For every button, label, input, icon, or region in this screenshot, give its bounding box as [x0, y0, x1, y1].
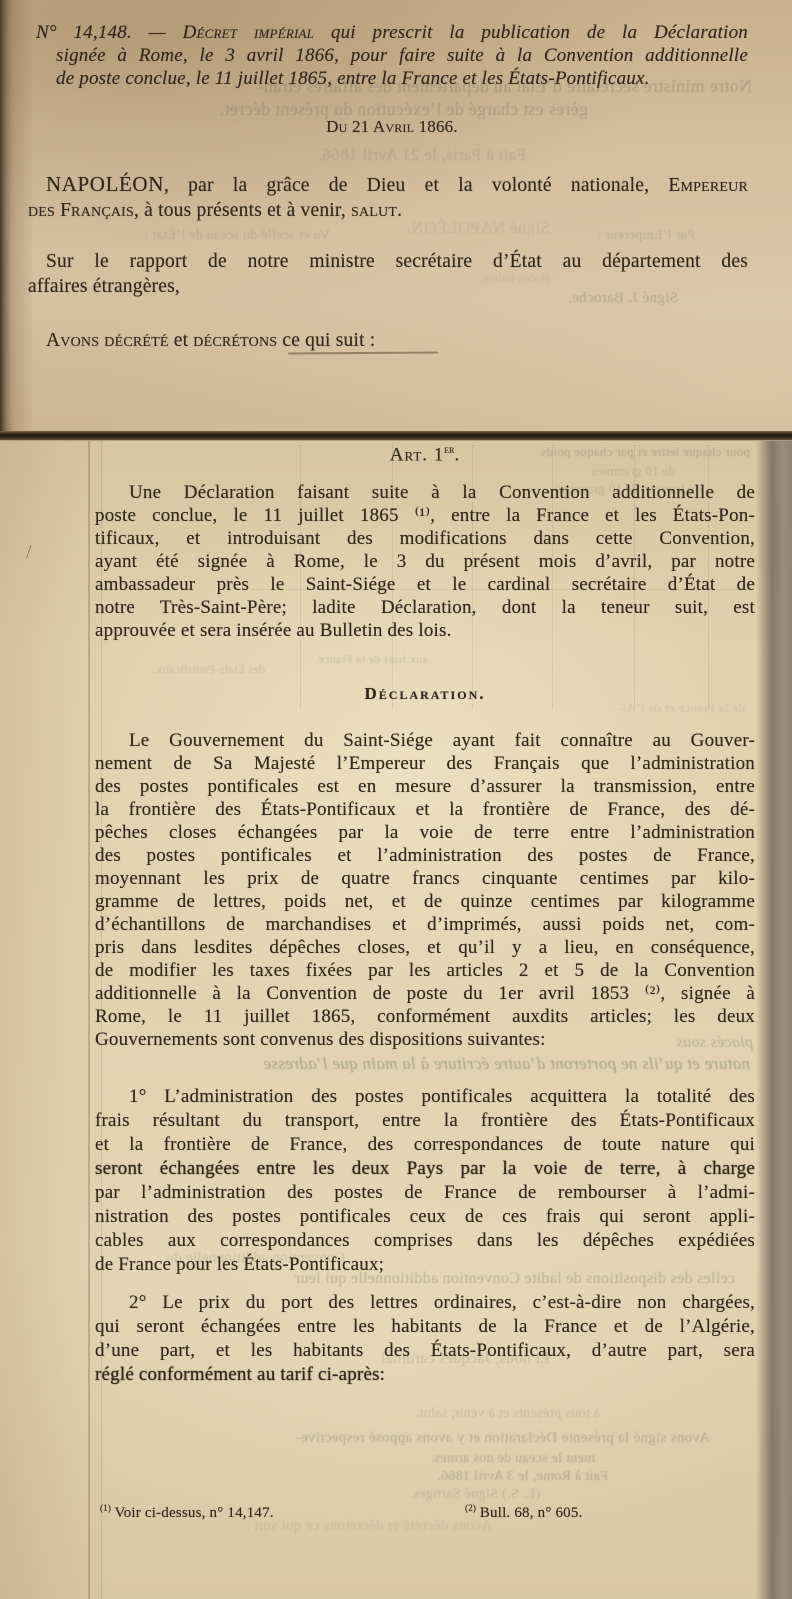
underline-mark	[288, 351, 438, 354]
declaration-heading: Déclaration.	[95, 684, 755, 704]
paragraph-line: additionnelle à la Convention de poste d…	[95, 982, 755, 1005]
paragraph-line: tificaux, et introduisant des modificati…	[95, 527, 755, 550]
formula-smallcaps: Avons décrété	[46, 330, 169, 351]
formula-text: ce qui suit :	[277, 330, 375, 351]
rapport-line: Sur le rapport de notre ministre secréta…	[28, 249, 748, 274]
bleedthrough-text: (L. S.) Signé Sartiges.	[300, 1487, 540, 1503]
paragraph-line: moyennant les prix de quatre francs cinq…	[95, 867, 755, 890]
clause-2: 2° Le prix du port des lettres ordinaire…	[95, 1291, 755, 1387]
clause-line: 2° Le prix du port des lettres ordinaire…	[95, 1291, 755, 1315]
paragraph-line: pris dans lesdites dépêches closes, et q…	[95, 936, 755, 959]
article-heading: Art. 1er.	[95, 443, 755, 466]
clause-line: 1° L’administration des postes pontifica…	[95, 1085, 755, 1109]
headnote: N° 14,148. — Décret impérial qui prescri…	[36, 21, 748, 90]
clause-line: nistration des postes pontificales ceux …	[95, 1205, 755, 1229]
bleedthrough-text: Avons signé la présente Déclaration et y…	[150, 1430, 710, 1447]
headnote-line: signée à Rome, le 3 avril 1866, pour fai…	[36, 44, 748, 67]
intitule-text: , par la grâce de Dieu et la volonté nat…	[164, 175, 668, 196]
paragraph-line: pêches closes échangées par la voie de t…	[95, 821, 755, 844]
footnote-text: Bull. 68, n° 605.	[476, 1505, 583, 1521]
clause-line: qui seront échangées entre les habitants…	[95, 1315, 755, 1339]
paragraph-line: des postes pontificales et l’administrat…	[95, 844, 755, 867]
paragraph-line: de modifier les taxes fixées par les art…	[95, 959, 755, 982]
rapport-paragraph: Sur le rapport de notre ministre secréta…	[28, 249, 748, 299]
intitule-text: , à tous présents et à venir,	[134, 200, 351, 221]
headnote-line1-rest: qui prescrit la publication de la Déclar…	[314, 22, 748, 43]
paragraph-line: Rome, le 11 juillet 1865, conformément a…	[95, 1005, 755, 1028]
clause-line: cables aux correspondances comprises dan…	[95, 1229, 755, 1253]
clause-line: et la frontière de France, des correspon…	[95, 1133, 755, 1157]
intitule-line: des Français, à tous présents et à venir…	[28, 198, 748, 223]
footnote-1: (1) Voir ci-dessus, n° 14,147.	[100, 1504, 274, 1522]
paragraph-line: ambassadeur près le Saint-Siége et le ca…	[95, 573, 755, 596]
footnote-marker: (2)	[465, 1504, 476, 1514]
dash: —	[132, 22, 183, 43]
fold-crease-line	[88, 441, 90, 1599]
headnote-line: N° 14,148. — Décret impérial qui prescri…	[36, 21, 748, 44]
footnote-marker: (1)	[100, 1504, 111, 1514]
declaration-paragraph: Le Gouvernement du Saint-Siége ayant fai…	[95, 729, 755, 1051]
bleedthrough-text: Vu et scellé du sceau de l’État :	[60, 228, 330, 244]
paragraph-line: la frontière des États-Pontificaux et la…	[95, 798, 755, 821]
bleedthrough-text: aux frais de la France.	[248, 652, 428, 667]
decree-formula: Avons décrété et décrétons ce qui suit :	[46, 330, 746, 352]
bleedthrough-text: Fait à Rome, le 3 Avril 1866.	[358, 1469, 608, 1485]
paragraph-line: approuvée et sera insérée au Bulletin de…	[95, 619, 755, 642]
clause-line: d’une part, et les habitants des États-P…	[95, 1339, 755, 1363]
pen-mark: /	[26, 541, 32, 564]
clause-line: seront échangées entre les deux Pays par…	[95, 1157, 755, 1181]
footnote-2: (2) Bull. 68, n° 605.	[465, 1504, 583, 1522]
decree-number: N° 14,148.	[36, 22, 132, 43]
clause-line: réglé conformément au tarif ci-après:	[95, 1363, 755, 1387]
clause-line: par l’administration des postes de Franc…	[95, 1181, 755, 1205]
gutter-shadow	[756, 441, 792, 1599]
intitule-text: .	[397, 200, 402, 221]
bleedthrough-text: à tous présents et à venir, salut.	[160, 1406, 600, 1422]
footnote-text: Voir ci-dessus, n° 14,147.	[111, 1505, 274, 1521]
article-paragraph: Une Déclaration faisant suite à la Conve…	[95, 481, 755, 642]
salut-smallcaps: salut	[351, 200, 397, 221]
paragraph-line: Une Déclaration faisant suite à la Conve…	[95, 481, 755, 504]
intitule-line: NAPOLÉON, par la grâce de Dieu et la vol…	[28, 172, 748, 198]
paragraph-line: notre Très-Saint-Père; ladite Déclaratio…	[95, 596, 755, 619]
bleedthrough-text: Fait à Paris, le 21 Avril 1866.	[236, 145, 526, 165]
paragraph-line: des postes pontificales est en mesure d’…	[95, 775, 755, 798]
upper-scan-segment: Notre ministre secrétaire d’État au dépa…	[0, 0, 792, 433]
decree-title-smallcaps: Décret impérial	[183, 22, 315, 43]
paragraph-line: Gouvernements sont convenus des disposit…	[95, 1028, 755, 1051]
title-smallcaps: Empereur	[668, 175, 748, 196]
paragraph-line: ayant été signée à Rome, le 3 du présent…	[95, 550, 755, 573]
article-label: .	[455, 444, 461, 465]
paragraph-line: d’échantillons de marchandises et d’impr…	[95, 913, 755, 936]
bleedthrough-text: des États-Pontificaux.	[95, 662, 265, 677]
scanned-decree-page: Notre ministre secrétaire d’État au dépa…	[0, 0, 792, 1599]
bleedthrough-text: nature et qu’ils ne porteront d’autre éc…	[95, 1054, 750, 1074]
rapport-line: affaires étrangères,	[28, 274, 748, 299]
paragraph-line: poste conclue, le 11 juillet 1865 ⁽¹⁾, e…	[95, 504, 755, 527]
article-ordinal-sup: er	[444, 443, 454, 456]
clause-1: 1° L’administration des postes pontifica…	[95, 1085, 755, 1277]
scan-seam	[0, 431, 792, 441]
clause-line: frais résultant du transport, entre la f…	[95, 1109, 755, 1133]
formula-text: et	[169, 330, 194, 351]
title-smallcaps: des Français	[28, 200, 134, 221]
date-line: Du 21 Avril 1866.	[36, 117, 748, 137]
paragraph-line: nement de Sa Majesté l’Empereur des Fran…	[95, 752, 755, 775]
paragraph-line: Le Gouvernement du Saint-Siége ayant fai…	[95, 729, 755, 752]
clause-line: de France pour les États-Pontificaux;	[95, 1253, 755, 1277]
sovereign-name: NAPOLÉON	[46, 172, 164, 196]
royal-intitule: NAPOLÉON, par la grâce de Dieu et la vol…	[28, 172, 748, 223]
formula-smallcaps: décrétons	[193, 330, 277, 351]
article-label: Art. 1	[390, 444, 445, 465]
bleedthrough-text: ment le sceau de nos armes.	[335, 1451, 595, 1467]
headnote-line: de poste conclue, le 11 juillet 1865, en…	[36, 67, 748, 90]
bleedthrough-text: Par l’Empereur :	[545, 228, 695, 244]
paragraph-line: gramme de lettres, poids net, et de quin…	[95, 890, 755, 913]
